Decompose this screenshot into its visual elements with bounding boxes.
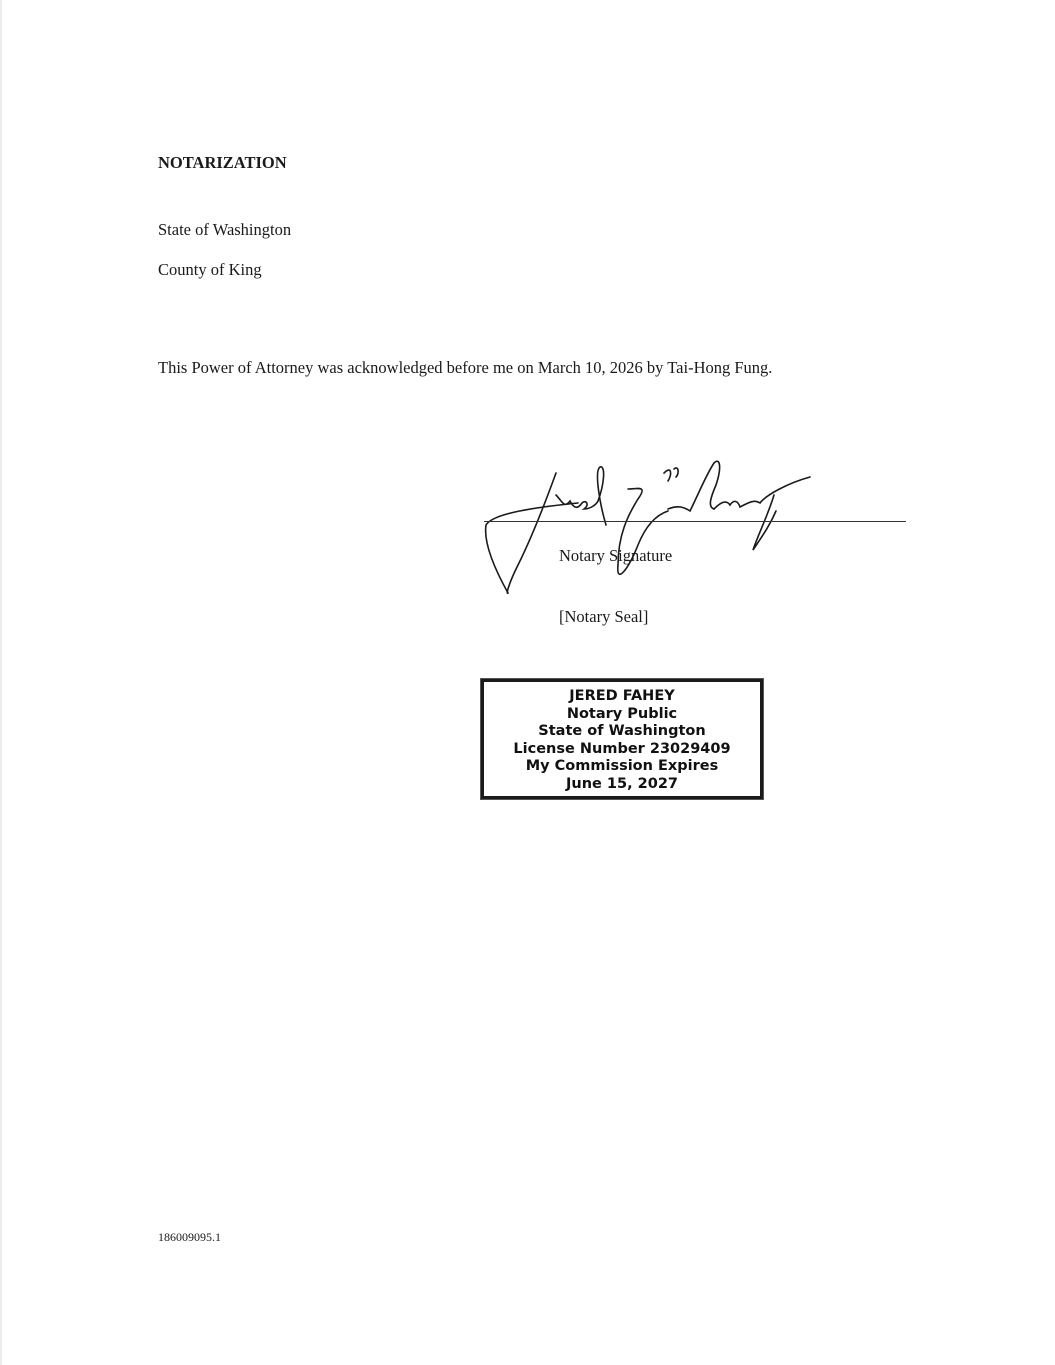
acknowledgment-statement: This Power of Attorney was acknowledged … <box>158 360 772 377</box>
seal-label: [Notary Seal] <box>559 609 648 626</box>
stamp-title: Notary Public <box>484 706 760 724</box>
county-line: County of King <box>158 262 262 279</box>
document-heading: NOTARIZATION <box>158 155 287 172</box>
stamp-license-number: License Number 23029409 <box>484 741 760 759</box>
stamp-commission-date: June 15, 2027 <box>484 776 760 794</box>
stamp-state: State of Washington <box>484 723 760 741</box>
notary-stamp: JERED FAHEY Notary Public State of Washi… <box>481 679 763 799</box>
state-line: State of Washington <box>158 222 291 239</box>
document-id: 186009095.1 <box>158 1231 221 1243</box>
signature-line <box>484 521 906 522</box>
handwritten-signature <box>478 455 818 600</box>
stamp-commission-label: My Commission Expires <box>484 758 760 776</box>
signature-label: Notary Signature <box>559 548 672 565</box>
page-edge <box>0 0 2 1365</box>
stamp-notary-name: JERED FAHEY <box>484 688 760 706</box>
